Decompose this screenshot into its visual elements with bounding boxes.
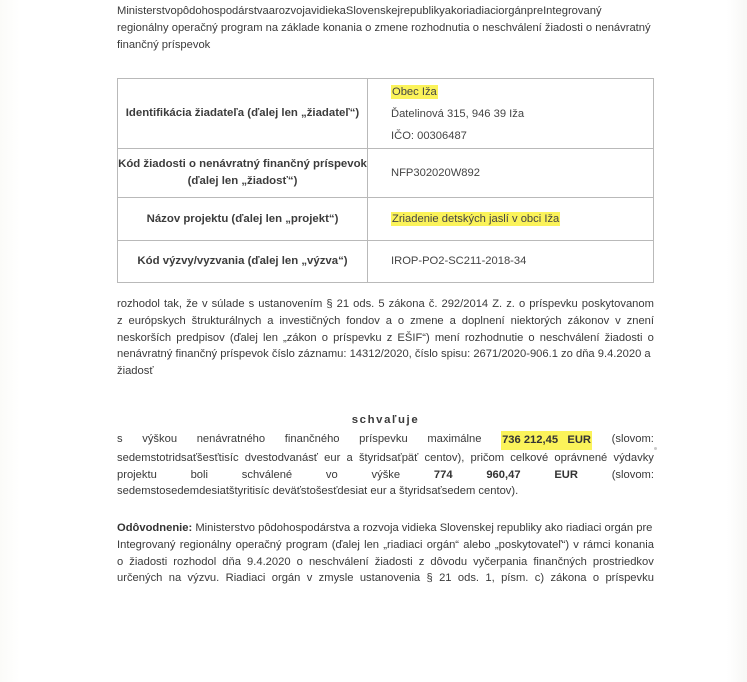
table-row-applicant: Identifikácia žiadateľa (ďalej len „žiad… — [118, 79, 654, 149]
word: o — [648, 330, 654, 347]
word: žiadosti — [375, 554, 413, 571]
word: doplnení — [462, 313, 505, 330]
scanned-document-page: Ministerstvopôdohospodárstvaarozvojavidi… — [0, 0, 747, 682]
word: z — [117, 313, 123, 330]
applicant-ico: IČO: 00306487 — [391, 125, 653, 147]
word: a — [347, 450, 353, 467]
application-code-label-line2: (ďalej len „žiadosť“) — [188, 175, 298, 187]
scan-speck — [654, 447, 657, 450]
word: v — [615, 313, 621, 330]
word: 21 — [337, 296, 349, 313]
approval-word: maximálne — [427, 431, 481, 450]
word: oprávnené — [554, 450, 607, 467]
project-name-value: Zriadenie detských jaslí v obci Iža — [368, 198, 654, 241]
intro-line-3: finančný príspevok — [117, 37, 657, 54]
word: „zákon — [283, 330, 317, 347]
table-row-call-code: Kód výzvy/vyzvania (ďalej len „výzva“) I… — [118, 241, 654, 283]
word: neskorších — [117, 330, 171, 347]
word: Integrovaný — [543, 5, 601, 17]
word: operačný — [236, 537, 282, 554]
applicant-label: Identifikácia žiadateľa (ďalej len „žiad… — [118, 79, 368, 149]
approval-word: s — [117, 431, 123, 450]
application-info-table: Identifikácia žiadateľa (ďalej len „žiad… — [117, 78, 654, 283]
word: žiadosti — [605, 330, 643, 347]
word: ako — [445, 5, 463, 17]
word: finančných — [533, 554, 587, 571]
reasoning-line-4: určenýchnavýzvu.Riadiaciorgánvzmysleusta… — [117, 570, 654, 587]
word: 5 — [378, 296, 384, 313]
word: o — [322, 330, 328, 347]
word: regionálny — [180, 537, 232, 554]
word: pričom — [471, 450, 505, 467]
word: znení — [627, 313, 654, 330]
word: 292/2014 — [441, 296, 488, 313]
word: o — [528, 330, 534, 347]
intro-line-1: Ministerstvopôdohospodárstvaarozvojavidi… — [117, 3, 657, 20]
word: v — [202, 296, 208, 313]
word: EŠIF“) — [397, 330, 429, 347]
word: alebo — [463, 537, 490, 554]
intro-line-2: regionálny operačný program na základe k… — [117, 20, 657, 37]
word: § — [326, 296, 332, 313]
applicant-name: Obec Iža — [391, 81, 653, 103]
word: dôvodu — [430, 554, 467, 571]
word: Slovenskej — [346, 5, 400, 17]
approval-word: schválené — [242, 467, 292, 484]
approval-word: výškou — [142, 431, 177, 450]
project-name-label: Názov projektu (ďalej len „projekt“) — [118, 198, 368, 241]
word: (ďalej — [332, 537, 360, 554]
word: neschválení — [540, 330, 600, 347]
word: príspevku — [529, 296, 578, 313]
decision-line-1: rozhodoltak,ževsúladesustanovením§21ods.… — [117, 296, 654, 313]
word: rámci — [583, 537, 610, 554]
word: európskych — [129, 313, 186, 330]
approval-paragraph: s výškou nenávratného finančného príspev… — [117, 431, 654, 500]
word: tak, — [164, 296, 182, 313]
reasoning-paragraph: Odôvodnenie: Ministerstvo pôdohospodárst… — [117, 520, 654, 587]
word: centov), — [425, 450, 465, 467]
approval-heading: schvaľuje — [117, 412, 654, 429]
approval-word: finančného — [285, 431, 340, 450]
word: prostriedkov — [593, 554, 654, 571]
decision-paragraph: rozhodoltak,ževsúladesustanovením§21ods.… — [117, 296, 654, 380]
application-code-label-line1: Kód žiadosti o nenávratný finančný prísp… — [118, 158, 367, 170]
word: dvestodvanásť — [245, 450, 318, 467]
word: Riadiaci — [226, 570, 266, 587]
reasoning-label: Odôvodnenie: — [117, 522, 192, 534]
total-amount-part: 774 — [434, 467, 453, 484]
word: rozhodol — [173, 554, 216, 571]
word: Integrovaný — [117, 537, 175, 554]
word: o — [519, 296, 525, 313]
word: investičných — [279, 313, 340, 330]
word: eur — [324, 450, 340, 467]
word: § — [427, 570, 433, 587]
word: „riadiaci — [383, 537, 422, 554]
word: výzvu. — [188, 570, 220, 587]
decision-line-4: nenávratný finančný príspevok číslo zázn… — [117, 346, 654, 363]
approval-word: príspevku — [359, 431, 408, 450]
word: štyridsaťpäť — [359, 450, 418, 467]
approval-line-4: sedemstosedemdesiatštyritisíc deväťstoše… — [117, 483, 654, 500]
word: súlade — [212, 296, 245, 313]
application-code-label: Kód žiadosti o nenávratný finančný prísp… — [118, 149, 368, 198]
approval-word: projektu — [117, 467, 157, 484]
word: orgán — [498, 5, 527, 17]
word: o — [297, 554, 303, 571]
word: zákonov — [568, 313, 610, 330]
word: o — [593, 570, 599, 587]
word: písm. — [501, 570, 528, 587]
word: rozvoja — [275, 5, 311, 17]
word: orgán — [272, 570, 301, 587]
word: ods. — [353, 296, 374, 313]
approval-word: boli — [191, 467, 208, 484]
word: v — [307, 570, 313, 587]
word: z — [387, 330, 393, 347]
decision-line-3: neskoršíchpredpisov(ďalejlen„zákonoprísp… — [117, 330, 654, 347]
word: riadiaci — [463, 5, 498, 17]
word: rozhodol — [117, 296, 160, 313]
word: a — [450, 313, 456, 330]
total-amount-part: 960,47 — [486, 467, 520, 484]
word: že — [186, 296, 198, 313]
word: na — [169, 570, 181, 587]
reasoning-line-1-text: Ministerstvo pôdohospodárstva a rozvoja … — [192, 522, 652, 534]
table-row-project-name: Názov projektu (ďalej len „projekt“) Zri… — [118, 198, 654, 241]
decision-line-2: zeurópskychštrukturálnychainvestičnýchfo… — [117, 313, 654, 330]
word: 21 — [439, 570, 451, 587]
applicant-name-highlight: Obec Iža — [391, 85, 438, 99]
decision-line-5: žiadosť — [117, 363, 654, 380]
word: vidieka — [311, 5, 346, 17]
approval-word: (slovom: — [612, 431, 654, 450]
reasoning-line-3: ožiadostirozhodoldňa9.4.2020oneschválení… — [117, 554, 654, 571]
word: zmene — [410, 313, 444, 330]
applicant-value: Obec Iža Ďatelinová 315, 946 39 Iža IČO:… — [368, 79, 654, 149]
word: a — [386, 313, 392, 330]
applicant-address: Ďatelinová 315, 946 39 Iža — [391, 103, 653, 125]
word: fondov — [346, 313, 380, 330]
word: predpisov — [176, 330, 225, 347]
word: v — [573, 537, 579, 554]
word: niektorých — [511, 313, 562, 330]
word: 1, — [485, 570, 494, 587]
word: mení — [435, 330, 460, 347]
word: z — [419, 554, 425, 571]
word: program — [286, 537, 328, 554]
word: 9.4.2020 — [247, 554, 291, 571]
approval-word: (slovom: — [612, 467, 654, 484]
word: určených — [117, 570, 162, 587]
max-amount-highlight: 736 212,45 EUR — [501, 431, 592, 450]
word: orgán“ — [427, 537, 459, 554]
word: zákona — [389, 296, 425, 313]
word: celkové — [510, 450, 548, 467]
word: len — [364, 537, 379, 554]
word: republiky — [400, 5, 445, 17]
word: ods. — [458, 570, 479, 587]
word: príspevku — [333, 330, 382, 347]
approval-line-2: sedemstotridsaťšesťtisícdvestodvanásťeur… — [117, 450, 654, 467]
approval-line-3: projektu boli schválené vo výške 774 960… — [117, 467, 654, 484]
word: Z. — [492, 296, 502, 313]
approval-word: vo — [326, 467, 338, 484]
table-row-application-code: Kód žiadosti o nenávratný finančný prísp… — [118, 149, 654, 198]
word: ustanovením — [258, 296, 322, 313]
word: c) — [535, 570, 544, 587]
word: z. — [506, 296, 515, 313]
word: neschválení — [309, 554, 369, 571]
word: príspevku — [605, 570, 654, 587]
word: a — [267, 313, 273, 330]
word: rozhodnutie — [465, 330, 523, 347]
word: sedemstotridsaťšesťtisíc — [117, 450, 239, 467]
word: len — [263, 330, 278, 347]
word: o — [398, 313, 404, 330]
word: štrukturálnych — [192, 313, 262, 330]
reasoning-line-1: Odôvodnenie: Ministerstvo pôdohospodárst… — [117, 520, 654, 537]
word: o — [117, 554, 123, 571]
word: Ministerstvo — [117, 5, 177, 17]
word: výdavky — [613, 450, 653, 467]
word: zmysle — [319, 570, 354, 587]
call-code-value: IROP-PO2-SC211-2018-34 — [368, 241, 654, 283]
approval-word: výške — [372, 467, 401, 484]
word: ustanovenia — [360, 570, 420, 587]
word: konania — [615, 537, 654, 554]
call-code-label: Kód výzvy/vyzvania (ďalej len „výzva“) — [118, 241, 368, 283]
application-code-value: NFP302020W892 — [368, 149, 654, 198]
word: č. — [429, 296, 438, 313]
word: žiadosti — [129, 554, 167, 571]
word: vyčerpania — [473, 554, 527, 571]
intro-paragraph: Ministerstvopôdohospodárstvaarozvojavidi… — [117, 3, 657, 54]
total-amount-currency: EUR — [554, 467, 578, 484]
word: s — [249, 296, 255, 313]
word: poskytovanom — [582, 296, 654, 313]
word: pre — [527, 5, 543, 17]
approval-word: nenávratného — [197, 431, 265, 450]
word: (ďalej — [230, 330, 258, 347]
word: zákona — [550, 570, 586, 587]
word: dňa — [222, 554, 241, 571]
project-name-highlight: Zriadenie detských jaslí v obci Iža — [391, 212, 560, 226]
word: „poskytovateľ“) — [495, 537, 569, 554]
reasoning-line-2: Integrovanýregionálnyoperačnýprogram(ďal… — [117, 537, 654, 554]
word: pôdohospodárstva — [177, 5, 269, 17]
approval-line-1: s výškou nenávratného finančného príspev… — [117, 431, 654, 450]
